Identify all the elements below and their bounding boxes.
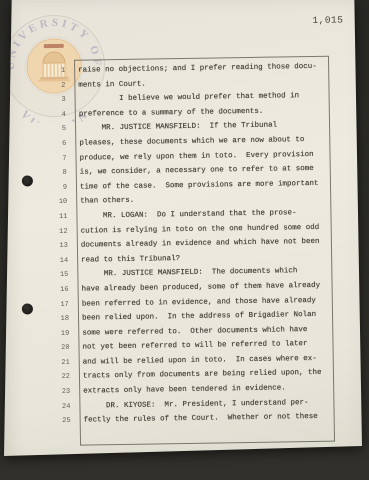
transcript-line-text: than others. bbox=[67, 194, 134, 210]
line-number: 25 bbox=[3, 414, 71, 430]
line-number: 8 bbox=[0, 166, 67, 182]
line-number: 14 bbox=[0, 254, 68, 270]
line-number: 19 bbox=[1, 327, 69, 343]
line-number: 1 bbox=[0, 64, 65, 80]
line-number: 13 bbox=[0, 239, 68, 255]
line-number: 10 bbox=[0, 195, 67, 211]
line-number: 3 bbox=[0, 93, 66, 109]
page-number: 1,015 bbox=[312, 14, 343, 25]
line-number: 18 bbox=[1, 312, 69, 328]
scanned-page-wrapper: UNIVERSITY OF VIRGINIA 1,015 1 raise no … bbox=[0, 0, 369, 480]
transcript-page: UNIVERSITY OF VIRGINIA 1,015 1 raise no … bbox=[0, 0, 369, 480]
line-number: 24 bbox=[2, 399, 70, 415]
line-number: 5 bbox=[0, 122, 66, 138]
line-number: 22 bbox=[2, 370, 70, 386]
page-content: UNIVERSITY OF VIRGINIA 1,015 1 raise no … bbox=[0, 0, 369, 480]
line-number: 2 bbox=[0, 78, 66, 94]
transcript-line-text: ments in Court. bbox=[65, 77, 146, 93]
transcript-lines: 1 raise no objections; and I prefer read… bbox=[0, 59, 363, 429]
line-number: 20 bbox=[1, 341, 69, 357]
line-number: 17 bbox=[1, 297, 69, 313]
line-number: 23 bbox=[2, 385, 70, 401]
line-number: 4 bbox=[0, 108, 66, 124]
line-number: 6 bbox=[0, 137, 66, 153]
line-number: 7 bbox=[0, 151, 67, 167]
line-number: 11 bbox=[0, 210, 68, 226]
line-number: 21 bbox=[2, 356, 70, 372]
line-number: 16 bbox=[1, 283, 69, 299]
line-number: 15 bbox=[0, 268, 68, 284]
line-number: 12 bbox=[0, 224, 68, 240]
line-number: 9 bbox=[0, 181, 67, 197]
